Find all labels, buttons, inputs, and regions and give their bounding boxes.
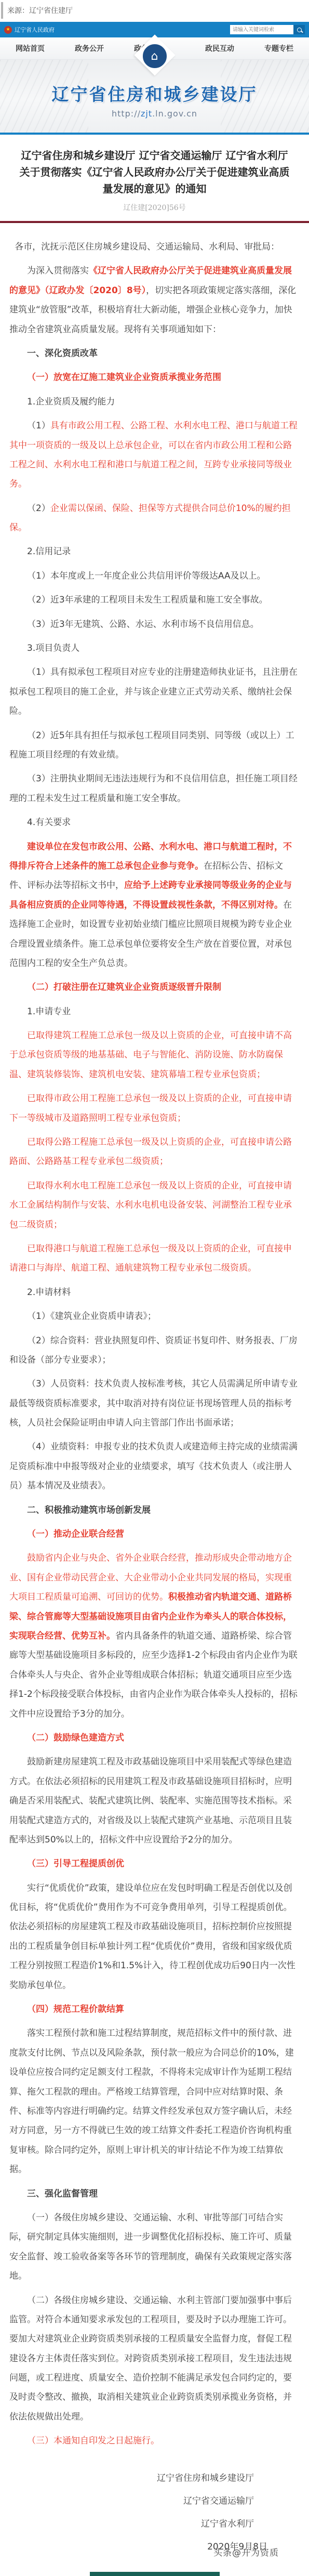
text-segment: （3）近3年无建筑、公路、水运、水利市场不良信用信息。 xyxy=(27,619,259,630)
paragraph: 2.申请材料 xyxy=(9,1283,300,1302)
text-segment: （一）推动企业联合经营 xyxy=(27,1529,124,1539)
gov-name: 辽宁省人民政府 xyxy=(15,25,55,34)
search-icon xyxy=(297,28,302,32)
text-segment: （二）鼓励绿色建造方式 xyxy=(27,1733,124,1743)
paragraph: （2）企业需以保函、保险、担保等方式提供合同总价10%的履约担保。 xyxy=(9,499,300,538)
url-suffix: .ln.gov.cn xyxy=(152,109,197,119)
text-segment: 1.申请专业 xyxy=(27,1006,71,1017)
paragraph: （3）注册执业期间无违法违规行为和不良信用信息，担任施工项目经理的工程未发生过工… xyxy=(9,769,300,808)
paragraph: 已取得公路工程施工总承包一级及以上资质的企业，可直接申请公路路面、公路路基工程专… xyxy=(9,1133,300,1172)
text-segment: （4）业绩资料：申报专业的技术负责人或建造师主持完成的业绩需满足资质标准中申报等… xyxy=(9,1442,298,1491)
text-segment: （3）人员资料：技术负责人按标准考核，其它人员需满足所申请专业最低等级资质标准要… xyxy=(9,1379,298,1428)
red-divider xyxy=(0,221,309,223)
paragraph: 2.信用记录 xyxy=(9,542,300,561)
date-line: 2020年9月8日 头条@开为资质 xyxy=(9,2535,300,2558)
nav-item[interactable]: 网站首页 xyxy=(16,43,45,54)
site-navbar: 网站首页政务公开政务服务 ⌂ 政民互动专题专栏 xyxy=(0,37,309,60)
text-segment: （1）本年度或上一年度企业公共信用评价等级达AA及以上。 xyxy=(27,571,266,581)
signature-block: 辽宁省住房和城乡建设厅辽宁省交通运输厅辽宁省水利厅 2020年9月8日 头条@开… xyxy=(9,2467,300,2559)
paragraph: （一）各级住房城乡建设、交通运输、水利、审批等部门可结合实际，研究制定具体实施细… xyxy=(9,2208,300,2286)
section-heading: （二）鼓励绿色建造方式 xyxy=(9,1729,300,1748)
paragraph: 已取得港口与航道工程施工总承包一级及以上资质的企业，可直接申请港口与海岸、航道工… xyxy=(9,1239,300,1278)
section-heading: （一）放宽在辽施工建筑业企业资质承揽业务范围 xyxy=(9,368,300,387)
paragraph: 建设单位在发包市政公用、公路、水利水电、港口与航道工程时，不得排斥符合上述条件的… xyxy=(9,838,300,974)
text-segment: 已取得公路工程施工总承包一级及以上资质的企业，可直接申请公路路面、公路路基工程专… xyxy=(9,1137,292,1167)
salutation: 各市，沈抚示范区住房城乡建设局、交通运输局、水利局、审批局： xyxy=(9,238,300,257)
text-segment: （三）本通知自印发之日起施行。 xyxy=(27,2436,159,2446)
text-segment: （2）近5年具有担任与拟承包工程项目同类别、同等级（或以上）工程施工项目经理的有… xyxy=(9,730,294,760)
text-segment: 鼓励新建房屋建筑工程及市政基础设施项目中采用装配式等绿色建造方式。在依法必须招标… xyxy=(9,1757,292,1845)
paragraph: （4）业绩资料：申报专业的技术负责人或建造师主持完成的业绩需满足资质标准中申报等… xyxy=(9,1437,300,1496)
nav-item[interactable]: 专题专栏 xyxy=(264,43,293,54)
nav-item[interactable]: 政务公开 xyxy=(75,43,104,54)
national-emblem-icon: ★ xyxy=(4,26,12,34)
text-segment: 落实工程预付款和施工过程结算制度，规范招标文件中的预付款、进度款支付比例、节点以… xyxy=(9,2028,294,2175)
nav-item[interactable]: 政民互动 xyxy=(205,43,234,54)
text-segment: （2）近3年承建的工程项目未发生工程质量和施工安全事故。 xyxy=(27,595,268,605)
text-segment: （1） xyxy=(27,421,50,431)
text-segment: （四）规范工程价款结算 xyxy=(27,2004,124,2015)
text-segment: （二）各级住房城乡建设、交通运输、水利主管部门要加强事中事后监管。对符合本通知要… xyxy=(9,2295,292,2422)
section-heading: （二）打破注册在辽建筑业企业资质逐级晋升限制 xyxy=(9,978,300,997)
text-segment: 三、强化监督管理 xyxy=(27,2189,98,2199)
section-heading: 一、深化资质改革 xyxy=(9,344,300,363)
paragraph: （2）近3年承建的工程项目未发生工程质量和施工安全事故。 xyxy=(9,591,300,610)
paragraph: 已取得水利水电工程施工总承包一级及以上资质的企业，可直接申请水工金属结构制作与安… xyxy=(9,1176,300,1235)
building-logo-icon: ⌂ xyxy=(141,43,168,70)
text-segment: （1）《建筑业企业资质申请表》； xyxy=(27,1311,156,1322)
text-segment: 3.项目负责人 xyxy=(27,643,79,653)
source-line: 来源：辽宁省住建厅 xyxy=(1,2,309,19)
search-input[interactable] xyxy=(230,25,293,34)
text-segment: 2.申请材料 xyxy=(27,1287,71,1298)
gov-identity[interactable]: ★ 辽宁省人民政府 xyxy=(4,25,55,34)
paragraph: （2）近5年具有担任与拟承包工程项目同类别、同等级（或以上）工程施工项目经理的有… xyxy=(9,726,300,765)
signature-line: 辽宁省水利厅 xyxy=(9,2513,300,2535)
search-box xyxy=(230,25,305,34)
text-segment: （3）注册执业期间无违法违规行为和不良信用信息，担任施工项目经理的工程未发生过工… xyxy=(9,774,298,803)
search-button[interactable] xyxy=(293,25,305,34)
paragraph: 已取得建筑工程施工总承包一级及以上资质的企业，可直接申请不高于总承包资质等级的地… xyxy=(9,1026,300,1084)
signature-lines: 辽宁省住房和城乡建设厅辽宁省交通运输厅辽宁省水利厅 xyxy=(9,2467,300,2536)
paragraph: （1）《建筑业企业资质申请表》； xyxy=(9,1307,300,1326)
text-segment: 具有市政公用工程、公路工程、水利水电工程、港口与航道工程其中一项资质的一级及以上… xyxy=(9,421,298,489)
text-segment: 4.有关要求 xyxy=(27,817,71,828)
text-segment: 已取得港口与航道工程施工总承包一级及以上资质的企业，可直接申请港口与海岸、航道工… xyxy=(9,1244,292,1273)
text-segment: 已取得市政公用工程施工总承包一级及以上资质的企业，可直接申请下一等级城市及道路照… xyxy=(9,1093,292,1123)
text-segment: （2） xyxy=(27,503,50,514)
paragraph: （3）人员资料：技术负责人按标准考核，其它人员需满足所申请专业最低等级资质标准要… xyxy=(9,1375,300,1433)
paragraph: 鼓励新建房屋建筑工程及市政基础设施项目中采用装配式等绿色建造方式。在依法必须招标… xyxy=(9,1753,300,1850)
text-segment: 省内具备条件的轨道交通、道路桥梁、综合管廊等大型基础设施项目多标段的，应至少选择… xyxy=(9,1631,298,1719)
paragraph: 实行“优质优价”政策，建设单位应在发包时明确工程是否创优以及创优目标，将“优质优… xyxy=(9,1879,300,1995)
paragraph: 3.项目负责人 xyxy=(9,639,300,658)
section-heading: 二、积极推动建筑市场创新发展 xyxy=(9,1501,300,1520)
section-heading: （一）推动企业联合经营 xyxy=(9,1525,300,1544)
text-segment: （二）打破注册在辽建筑业企业资质逐级晋升限制 xyxy=(27,982,221,992)
document-area: 辽宁省住房和城乡建设厅 辽宁省交通运输厅 辽宁省水利厅 关于贯彻落实《辽宁省人民… xyxy=(0,147,309,2576)
paragraph: （二）各级住房城乡建设、交通运输、水利主管部门要加强事中事后监管。对符合本通知要… xyxy=(9,2291,300,2427)
paragraph: 4.有关要求 xyxy=(9,813,300,832)
document-body: 为深入贯彻落实《辽宁省人民政府办公厅关于促进建筑业高质量发展的意见》（辽政办发〔… xyxy=(9,261,300,2451)
text-segment: 为深入贯彻落实 xyxy=(27,266,89,276)
section-heading: 三、强化监督管理 xyxy=(9,2185,300,2204)
paragraph: 鼓励省内企业与央企、省外企业联合经营，推动形成央企带动地方企业、国有企业带动民营… xyxy=(9,1549,300,1724)
banner-url: http://zjt.ln.gov.cn xyxy=(112,109,197,119)
url-highlight: zjt xyxy=(141,109,152,119)
bottom-green-bar xyxy=(90,2572,220,2576)
signature-line: 辽宁省交通运输厅 xyxy=(9,2490,300,2513)
text-segment: （2）综合资料：营业执照复印件、资质证书复印件、财务报表、厂房和设备（部分专业要… xyxy=(9,1336,298,1365)
site-logo[interactable]: ⌂ xyxy=(133,37,177,69)
text-segment: 已取得建筑工程施工总承包一级及以上资质的企业，可直接申请不高于总承包资质等级的地… xyxy=(9,1030,292,1080)
paragraph: （2）综合资料：营业执照复印件、资质证书复印件、财务报表、厂房和设备（部分专业要… xyxy=(9,1331,300,1370)
banner-divider xyxy=(0,133,309,135)
text-segment: （一）各级住房城乡建设、交通运输、水利、审批等部门可结合实际，研究制定具体实施细… xyxy=(9,2213,292,2281)
section-heading: （三）引导工程提质创优 xyxy=(9,1854,300,1874)
paragraph: （3）近3年无建筑、公路、水运、水利市场不良信用信息。 xyxy=(9,615,300,634)
text-segment: 企业需以保函、保险、担保等方式提供合同总价10%的履约担保。 xyxy=(9,503,291,533)
text-segment: （1）具有拟承包工程项目对应专业的注册建造师执业证书，且注册在拟承包工程项目的施… xyxy=(9,667,298,716)
paragraph: （1）具有拟承包工程项目对应专业的注册建造师执业证书，且注册在拟承包工程项目的施… xyxy=(9,663,300,721)
text-segment: 实行“优质优价”政策，建设单位应在发包时明确工程是否创优以及创优目标，将“优质优… xyxy=(9,1883,295,1991)
nav-right-group: 政民互动专题专栏 xyxy=(205,43,293,54)
paragraph: 1.企业资质及履约能力 xyxy=(9,393,300,412)
paragraph: 为深入贯彻落实《辽宁省人民政府办公厅关于促进建筑业高质量发展的意见》（辽政办发〔… xyxy=(9,261,300,339)
watermark: 头条@开为资质 xyxy=(213,2542,279,2565)
text-segment: （一）放宽在辽施工建筑业企业资质承揽业务范围 xyxy=(27,372,221,383)
url-prefix: http:// xyxy=(112,109,141,119)
paragraph: （1）具有市政公用工程、公路工程、水利水电工程、港口与航道工程其中一项资质的一级… xyxy=(9,416,300,494)
text-segment: 二、积极推动建筑市场创新发展 xyxy=(27,1505,151,1515)
paragraph: 已取得市政公用工程施工总承包一级及以上资质的企业，可直接申请下一等级城市及道路照… xyxy=(9,1089,300,1128)
paragraph: （1）本年度或上一年度企业公共信用评价等级达AA及以上。 xyxy=(9,567,300,586)
paragraph: 落实工程预付款和施工过程结算制度，规范招标文件中的预付款、进度款支付比例、节点以… xyxy=(9,2024,300,2179)
text-segment: 一、深化资质改革 xyxy=(27,348,98,359)
text-segment: 已取得水利水电工程施工总承包一级及以上资质的企业，可直接申请水工金属结构制作与安… xyxy=(9,1181,292,1230)
banner-title: 辽宁省住房和城乡建设厅 xyxy=(52,81,258,106)
text-segment: 2.信用记录 xyxy=(27,546,71,557)
text-segment: （三）引导工程提质创优 xyxy=(27,1859,124,1869)
paragraph: （三）本通知自印发之日起施行。 xyxy=(9,2431,300,2451)
paragraph: 1.申请专业 xyxy=(9,1002,300,1022)
document-title: 辽宁省住房和城乡建设厅 辽宁省交通运输厅 辽宁省水利厅 关于贯彻落实《辽宁省人民… xyxy=(15,147,294,197)
section-heading: （四）规范工程价款结算 xyxy=(9,2000,300,2019)
signature-line: 辽宁省住房和城乡建设厅 xyxy=(9,2467,300,2490)
document-number: 辽住建[2020]56号 xyxy=(9,202,300,213)
text-segment: 1.企业资质及履约能力 xyxy=(27,397,115,407)
